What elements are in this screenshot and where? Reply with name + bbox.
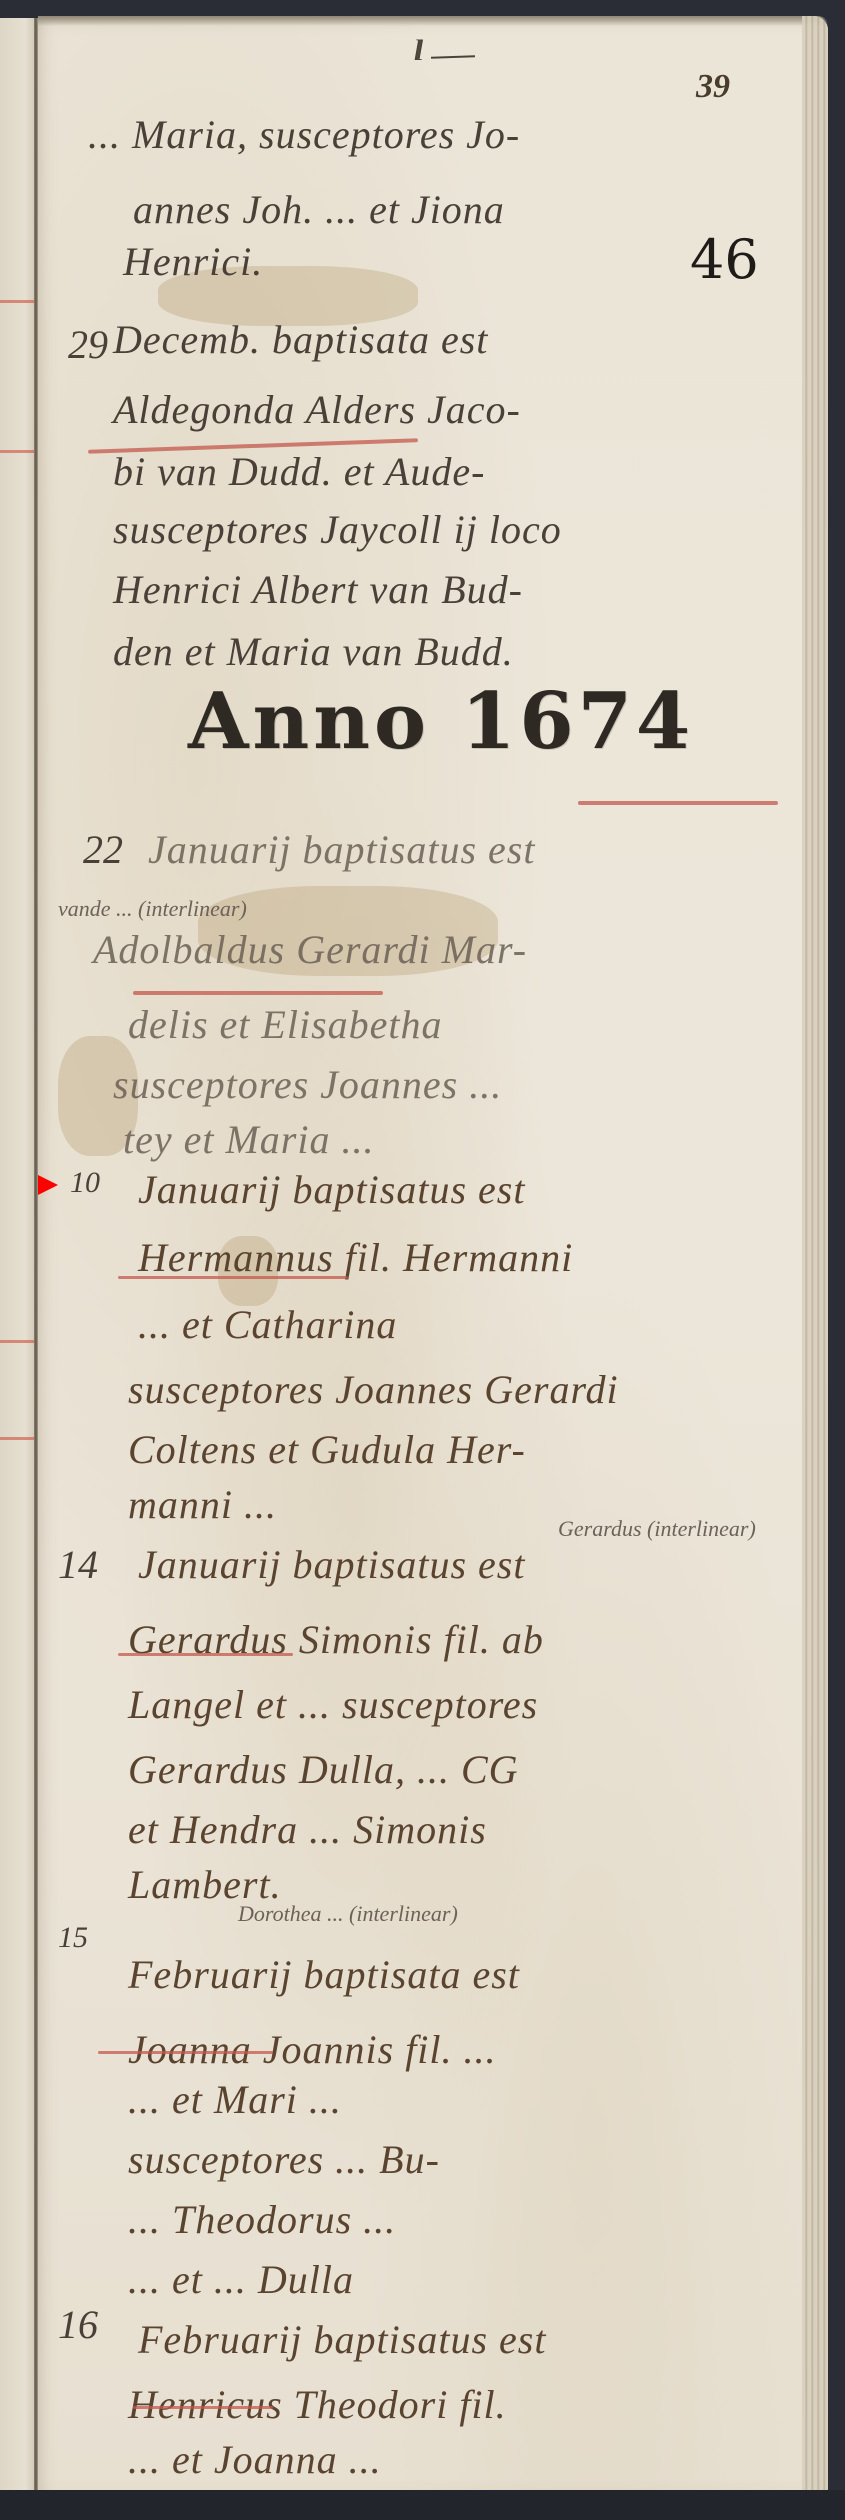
- entry-day: 16: [58, 2301, 98, 2348]
- entry-day: 15: [58, 1921, 88, 1955]
- entry-line: Henrici.: [123, 238, 263, 285]
- entry-line: ... et Mari ...: [128, 2076, 342, 2123]
- entry-line: et Hendra ... Simonis: [128, 1806, 487, 1853]
- scan-background-bottom: [0, 2490, 845, 2520]
- name-underline: [118, 1653, 293, 1656]
- page-fore-edge: [802, 16, 828, 2502]
- red-rule: [0, 300, 36, 303]
- entry-line: Januarij baptisatus est: [148, 826, 535, 873]
- interlinear-annotation: vande ... (interlinear): [58, 896, 247, 922]
- entry-day: 29: [68, 321, 108, 368]
- red-rule: [0, 1437, 36, 1440]
- entry-day: 22: [83, 826, 123, 873]
- name-underline: [133, 991, 383, 995]
- name-underline: [133, 2406, 273, 2409]
- previous-page-edge: ​: [0, 18, 36, 2498]
- entry-line: susceptores Joannes ...: [113, 1061, 502, 1108]
- entry-line: susceptores ... Bu-: [128, 2136, 440, 2183]
- entry-line: Joanna Joannis fil. ...: [128, 2026, 497, 2073]
- entry-line: Henricus Theodori fil.: [128, 2381, 507, 2428]
- entry-line: Januarij baptisatus est: [138, 1166, 525, 1213]
- register-page: ll 39 46 ... Maria, susceptores Jo- anne…: [38, 16, 828, 2502]
- entry-line: Februarij baptisata est: [128, 1951, 520, 1998]
- red-triangle-pointer-icon: [38, 1175, 58, 1195]
- margin-fragment: ​: [2, 78, 32, 88]
- header-mark: ll: [413, 34, 418, 68]
- name-underline: [98, 2051, 273, 2054]
- name-underline: [118, 1276, 348, 1279]
- entry-day: 10: [70, 1166, 100, 1200]
- folio-number-stamped: 46: [690, 228, 759, 291]
- interlinear-annotation: Dorothea ... (interlinear): [238, 1901, 458, 1927]
- entry-line: bi van Dudd. et Aude-: [113, 448, 485, 495]
- red-rule: [0, 1340, 36, 1343]
- entry-day: 14: [58, 1541, 98, 1588]
- entry-line: Aldegonda Alders Jaco-: [113, 386, 521, 433]
- manuscript-scan: ​ ll 39 46 ... Maria, susceptores Jo- an…: [0, 0, 845, 2520]
- entry-line: ... et Catharina: [138, 1301, 397, 1348]
- entry-line: Gerardus Dulla, ... CG: [128, 1746, 519, 1793]
- entry-line: Henrici Albert van Bud-: [113, 566, 523, 613]
- entry-line: Hermannus fil. Hermanni: [138, 1234, 573, 1281]
- entry-line: susceptores Joannes Gerardi: [128, 1366, 619, 1413]
- interlinear-annotation: Gerardus (interlinear): [558, 1516, 756, 1542]
- entry-line: Coltens et Gudula Her-: [128, 1426, 526, 1473]
- entry-line: Decemb. baptisata est: [113, 316, 488, 363]
- entry-line: susceptores Jaycoll ij loco: [113, 506, 562, 553]
- entry-line: Langel et ... susceptores: [128, 1681, 538, 1728]
- entry-line: den et Maria van Budd.: [113, 628, 514, 675]
- page-top-edge: [38, 16, 828, 26]
- entry-line: ... et Joanna ...: [128, 2436, 382, 2483]
- entry-line: ... Maria, susceptores Jo-: [88, 111, 520, 158]
- entry-line: Februarij baptisatus est: [138, 2316, 546, 2363]
- entry-line: ... et ... Dulla: [128, 2256, 354, 2303]
- entry-line: annes Joh. ... et Jiona: [133, 186, 505, 233]
- red-rule: [0, 450, 36, 453]
- year-underline: [578, 801, 778, 805]
- entry-line: ... Theodorus ...: [128, 2196, 396, 2243]
- entry-line: tey et Maria ...: [123, 1116, 375, 1163]
- entry-line: Adolbaldus Gerardi Mar-: [93, 926, 527, 973]
- folio-number-handwritten: 39: [696, 68, 730, 106]
- entry-line: Januarij baptisatus est: [138, 1541, 525, 1588]
- entry-line: delis et Elisabetha: [128, 1001, 443, 1048]
- entry-line: manni ...: [128, 1481, 277, 1528]
- year-heading: Anno 1674: [188, 676, 694, 767]
